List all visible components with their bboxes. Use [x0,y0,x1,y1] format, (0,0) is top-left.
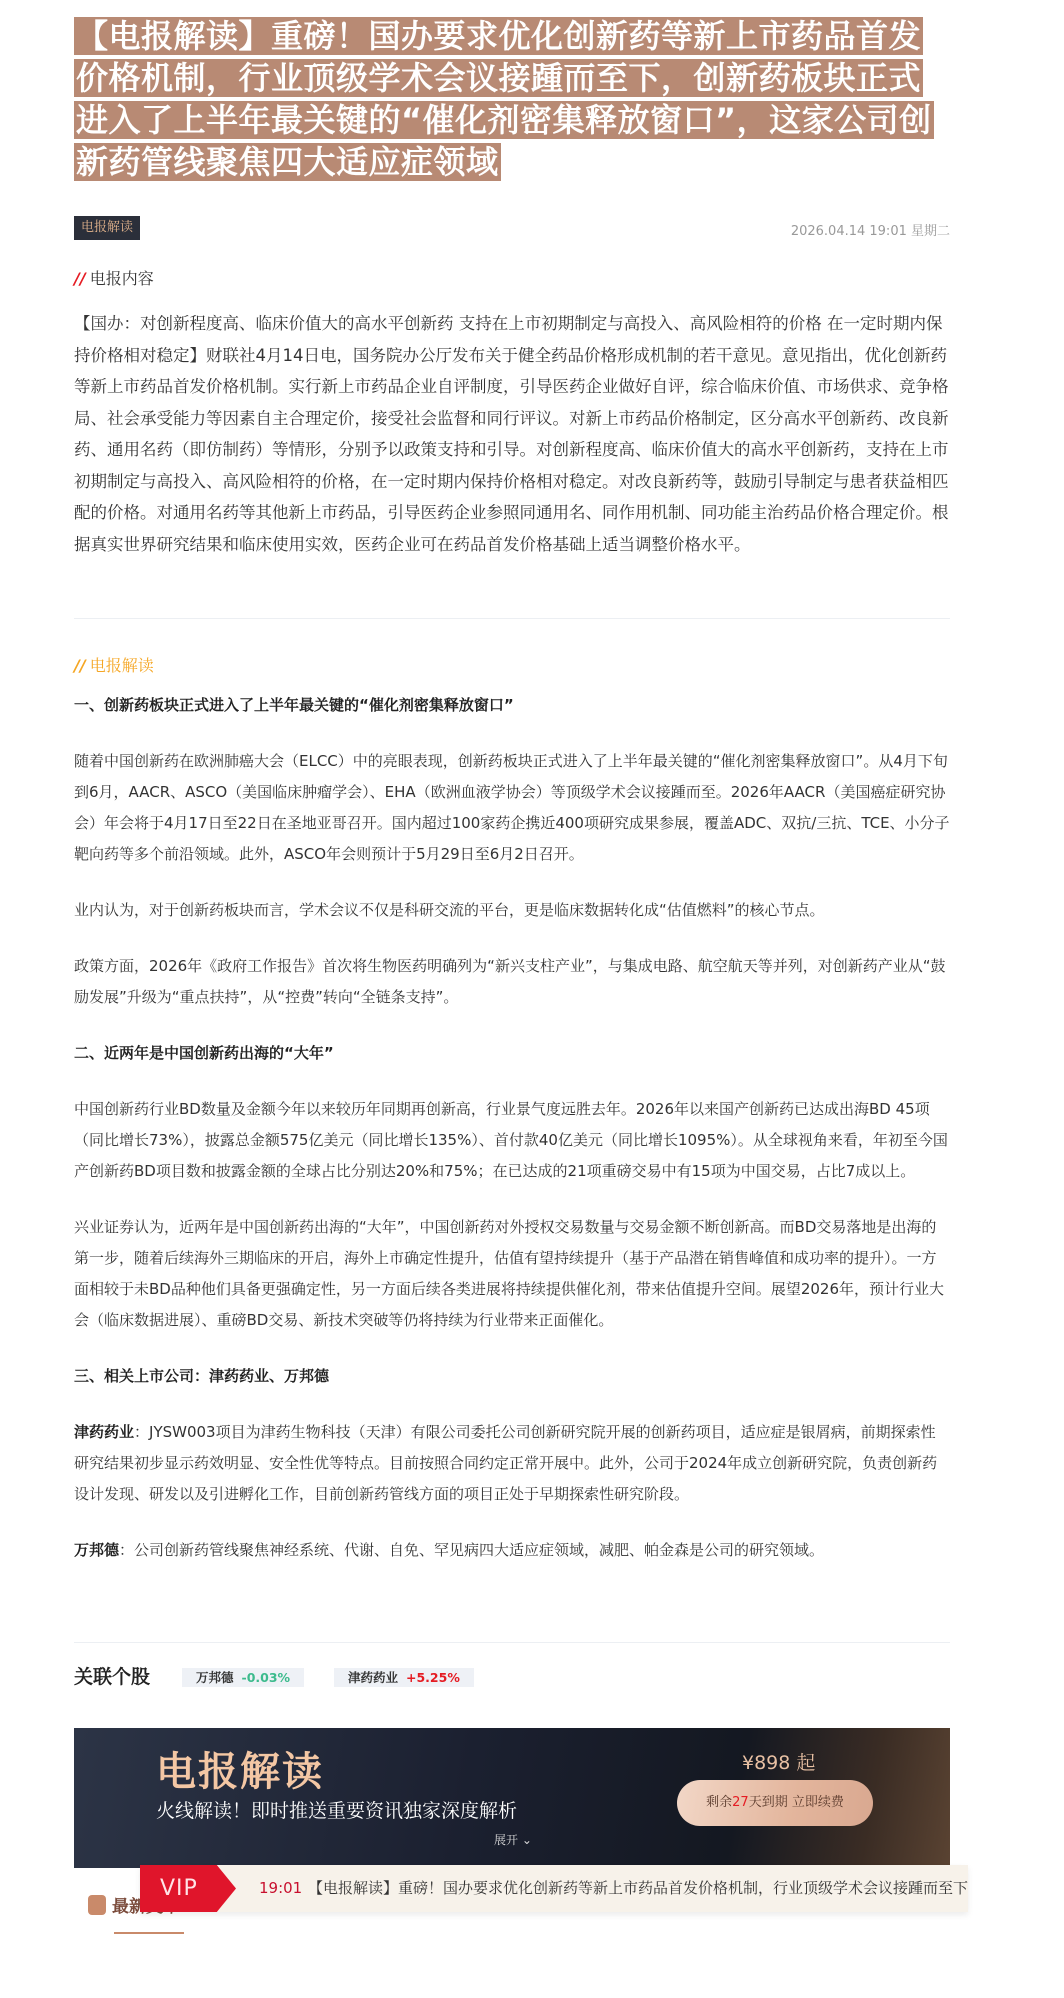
stock-change: +5.25% [406,1670,460,1685]
banner-subtitle: 火线解读！即时推送重要资讯独家深度解析 [156,1796,517,1823]
telegraph-content: 【国办：对创新程度高、临床价值大的高水平创新药 支持在上市初期制定与高投入、高风… [74,308,950,560]
stock-chip[interactable]: 津药药业+5.25% [334,1668,474,1687]
related-stocks: 关联个股 万邦德-0.03% 津药药业+5.25% [74,1660,950,1694]
company-paragraph: 津药药业：JYSW003项目为津药生物科技（天津）有限公司委托公司创新研究院开展… [74,1417,950,1510]
analysis-paragraph: 随着中国创新药在欧洲肺癌大会（ELCC）中的亮眼表现，创新药板块正式进入了上半年… [74,746,950,870]
analysis-heading-1: 一、创新药板块正式进入了上半年最关键的“催化剂密集释放窗口” [74,690,950,721]
analysis-body: 一、创新药板块正式进入了上半年最关键的“催化剂密集释放窗口” 随着中国创新药在欧… [74,690,950,1591]
analysis-paragraph: 兴业证券认为，近两年是中国创新药出海的“大年”，中国创新药对外授权交易数量与交易… [74,1212,950,1336]
subscription-banner: 电报解读 火线解读！即时推送重要资讯独家深度解析 展开 ⌄ ¥898 起 剩余2… [74,1728,950,1868]
category-tag[interactable]: 电报解读 [74,216,140,240]
company-name: 津药药业 [74,1423,134,1441]
company-name: 万邦德 [74,1541,119,1559]
company-paragraph: 万邦德：公司创新药管线聚焦神经系统、代谢、自免、罕见病四大适应症领域，减肥、帕金… [74,1535,950,1566]
vip-badge-icon: VIP [140,1865,236,1912]
section-heading-content: //电报内容 [74,266,154,289]
ticker-headline[interactable]: 【电报解读】重磅！国办要求优化创新药等新上市药品首发价格机制，行业顶级学术会议接… [308,1865,968,1912]
tab-underline [114,1932,184,1934]
analysis-heading-3: 三、相关上市公司：津药药业、万邦德 [74,1361,950,1392]
divider [74,1642,950,1643]
analysis-paragraph: 政策方面，2026年《政府工作报告》首次将生物医药明确列为“新兴支柱产业”，与集… [74,951,950,1013]
stock-chip[interactable]: 万邦德-0.03% [182,1668,304,1687]
chevron-down-icon: ⌄ [522,1833,532,1847]
slash-icon: // [74,656,86,675]
analysis-paragraph: 中国创新药行业BD数量及金额今年以来较历年同期再创新高，行业景气度远胜去年。20… [74,1094,950,1187]
banner-title: 电报解读 [156,1740,324,1797]
publish-datetime: 2026.04.14 19:01 星期二 [791,220,950,239]
related-stocks-label: 关联个股 [74,1662,150,1689]
slash-icon: // [74,269,86,288]
section-heading-analysis: //电报解读 [74,653,154,676]
article-meta: 电报解读 2026.04.14 19:01 星期二 [74,216,950,240]
analysis-paragraph: 业内认为，对于创新药板块而言，学术会议不仅是科研交流的平台，更是临床数据转化成“… [74,895,950,926]
article-icon [88,1895,106,1915]
divider [74,618,950,619]
article-title: 【电报解读】重磅！国办要求优化创新药等新上市药品首发价格机制，行业顶级学术会议接… [74,15,950,183]
vip-ticker[interactable]: VIP 19:01 【电报解读】重磅！国办要求优化创新药等新上市药品首发价格机制… [140,1865,968,1912]
stock-change: -0.03% [242,1670,291,1685]
renew-button[interactable]: 剩余27天到期 立即续费 [677,1780,873,1826]
price-label: ¥898 起 [742,1748,815,1775]
expand-button[interactable]: 展开 ⌄ [494,1831,532,1848]
article-container: 【电报解读】重磅！国办要求优化创新药等新上市药品首发价格机制，行业顶级学术会议接… [74,0,950,183]
analysis-heading-2: 二、近两年是中国创新药出海的“大年” [74,1038,950,1069]
ticker-time: 19:01 [259,1865,302,1912]
